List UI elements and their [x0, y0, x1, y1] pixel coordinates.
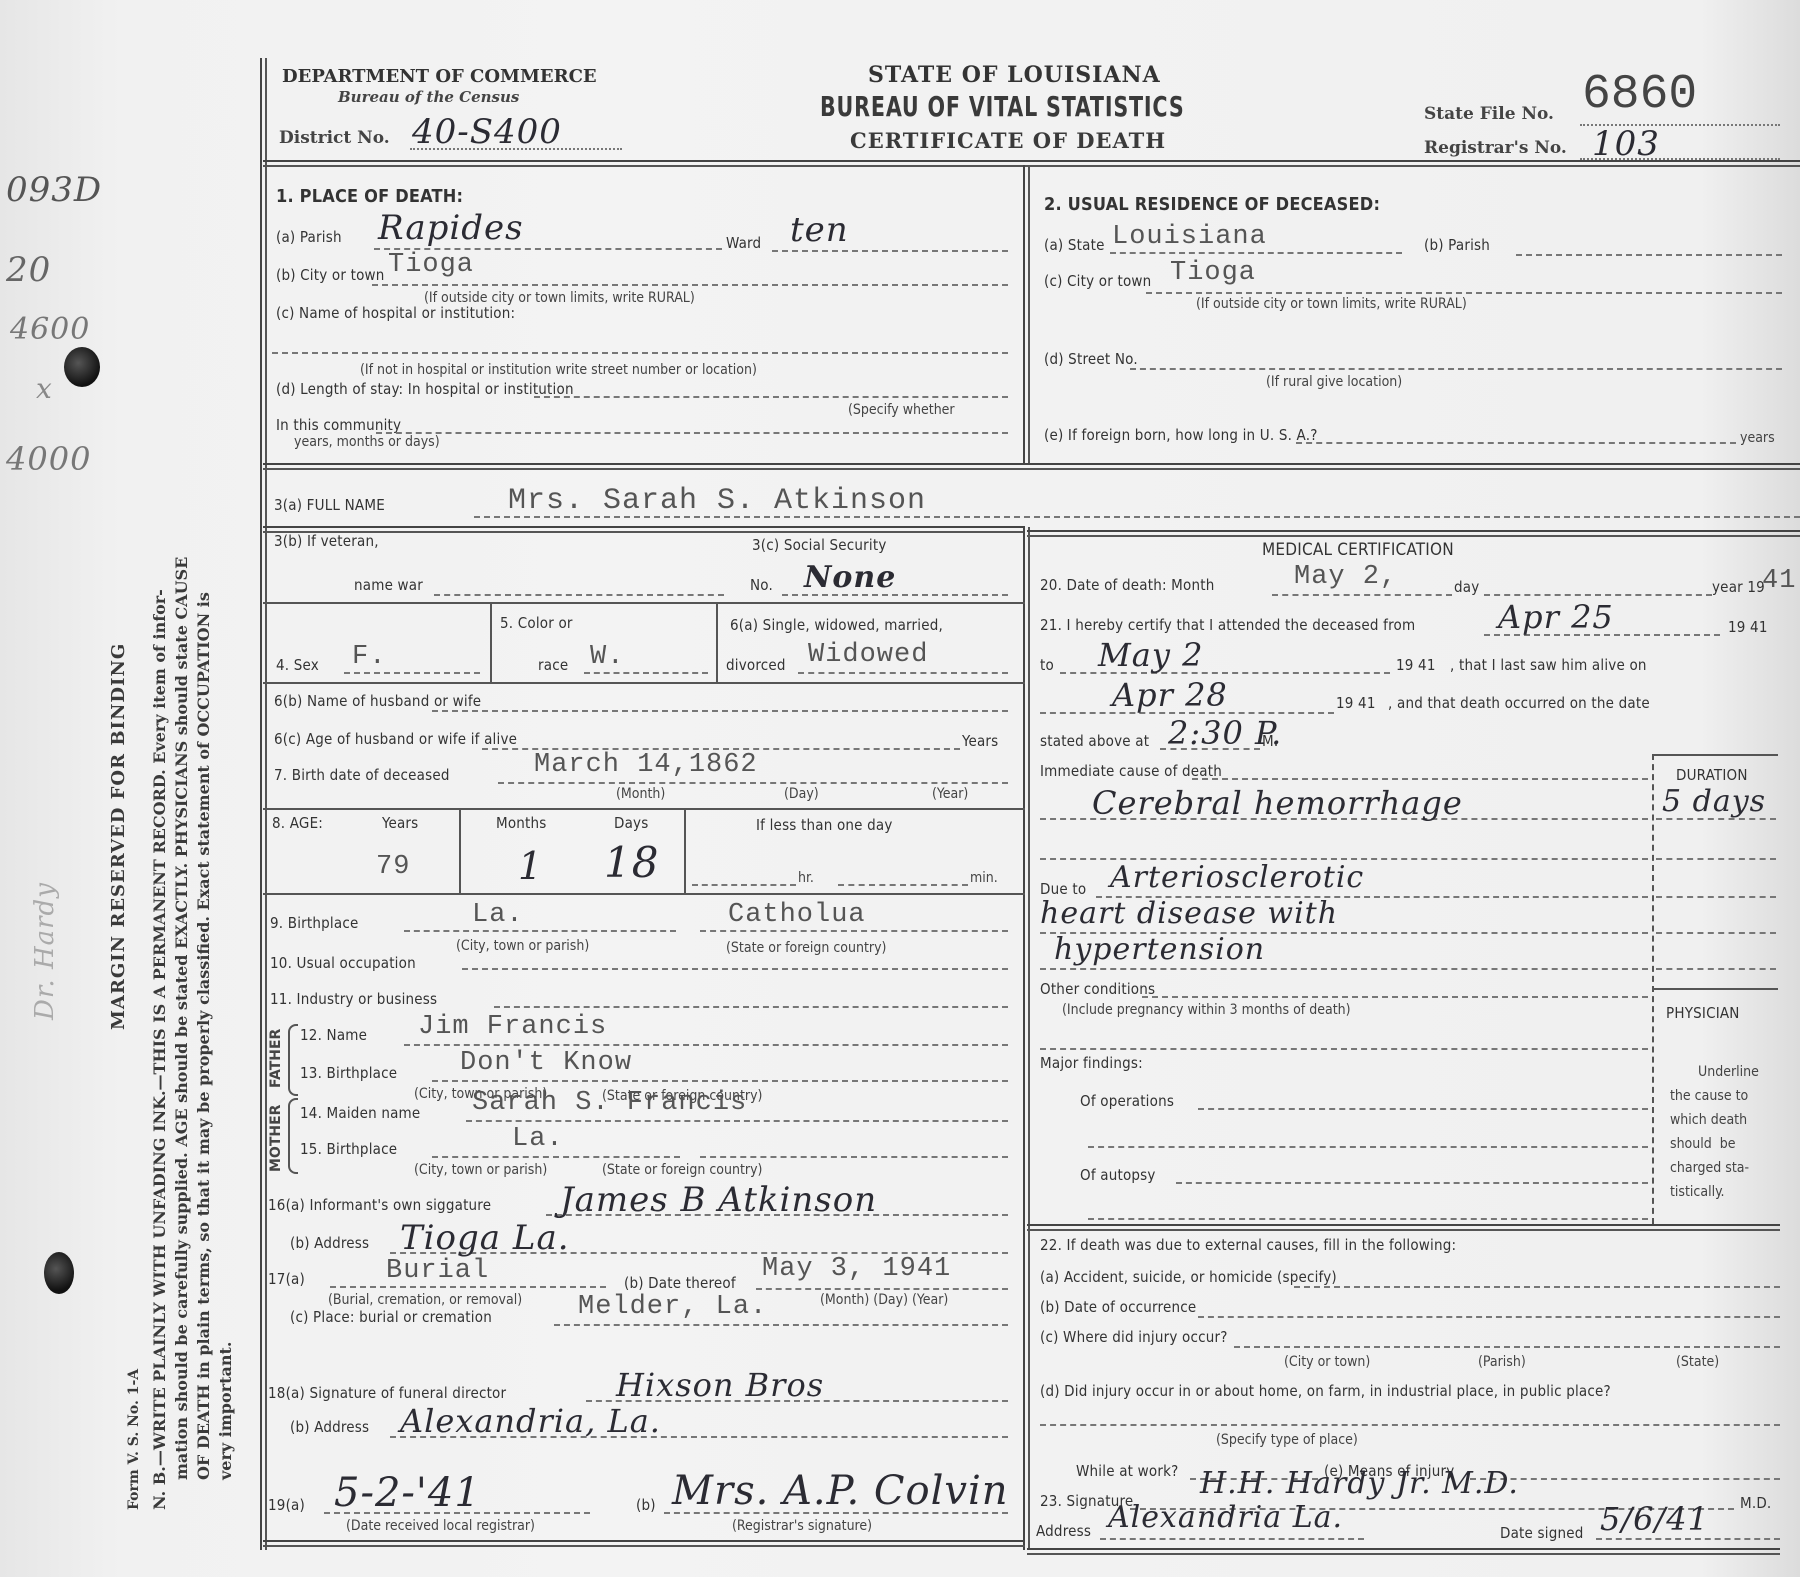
age-years-value: 79 [376, 852, 410, 882]
burial-place-value: Melder, La. [578, 1292, 767, 1322]
header-separator [263, 160, 1800, 167]
age-years-label: Years [382, 814, 418, 832]
age-divider-1 [459, 809, 461, 893]
death-month-line [1272, 594, 1452, 596]
duration-value: 5 days [1662, 784, 1766, 819]
date-signed-line [1596, 1538, 1780, 1540]
mother-birth-city-line [432, 1156, 680, 1158]
res-parish-line [1516, 254, 1782, 256]
margin-note-4: x [36, 372, 53, 405]
occupation-label: 10. Usual occupation [270, 954, 416, 972]
other-note: (Include pregnancy within 3 months of de… [1062, 1002, 1351, 1018]
death-occurred-text: , and that death occurred on the date [1388, 694, 1650, 712]
name-war-line [434, 594, 724, 596]
burial-label: 17(a) [268, 1270, 305, 1288]
community-line [376, 432, 1008, 434]
residence-title: 2. USUAL RESIDENCE OF DECEASED: [1044, 194, 1380, 215]
operations-line [1198, 1108, 1648, 1110]
major-findings-label: Major findings: [1040, 1054, 1143, 1072]
column-divider-main [1023, 527, 1030, 1550]
res-city-line [1146, 292, 1782, 294]
min-line [838, 884, 968, 886]
res-street-line [1130, 368, 1782, 370]
race-label: race [538, 656, 568, 674]
informant-sig-label: 16(a) Informant's own siggature [268, 1196, 491, 1214]
sex-label: 4. Sex [276, 656, 319, 674]
res-years-label: years [1740, 430, 1775, 446]
department-title: DEPARTMENT OF COMMERCE [282, 66, 597, 87]
duration-line-3 [1656, 896, 1776, 898]
operations-label: Of operations [1080, 1092, 1174, 1110]
immediate-line-1 [1192, 778, 1648, 780]
due-to-value-1: Arteriosclerotic [1110, 860, 1364, 895]
external-b-line [1198, 1316, 1780, 1318]
age-label: 8. AGE: [272, 814, 323, 832]
external-d-line [1040, 1424, 1780, 1426]
hospital-line [272, 352, 1008, 354]
duration-line-5 [1656, 968, 1776, 970]
birthplace-city-line [404, 930, 676, 932]
autopsy-label: Of autopsy [1080, 1166, 1156, 1184]
mother-side-label: MOTHER [268, 1105, 284, 1172]
other-conditions-label: Other conditions [1040, 980, 1155, 998]
industry-label: 11. Industry or business [270, 990, 437, 1008]
external-title: 22. If death was due to external causes,… [1040, 1236, 1456, 1254]
other-line-2 [1040, 1048, 1648, 1050]
death-day-label: day [1454, 578, 1479, 596]
age-days-value: 18 [604, 838, 659, 887]
underline-note-2: the cause to [1670, 1088, 1748, 1104]
nb-line-1: N. B.—WRITE PLAINLY WITH UNFADING INK.—T… [150, 589, 169, 1510]
res-state-line [1110, 252, 1402, 254]
mother-maiden-label: 14. Maiden name [300, 1104, 420, 1122]
date-signed-value: 5/6/41 [1600, 1500, 1709, 1538]
punch-hole-top [64, 347, 100, 387]
bp-state-note: (State or foreign country) [726, 940, 886, 956]
district-value: 40-S400 [412, 112, 562, 152]
last-saw-text: , that I last saw him alive on [1450, 656, 1647, 674]
stay-label: (d) Length of stay: In hospital or insti… [276, 380, 574, 398]
nb-line-3: OF DEATH in plain terms, so that it may … [194, 592, 213, 1480]
physician-top [1652, 988, 1778, 990]
received-label: 19(a) [268, 1496, 305, 1514]
death-certificate: 093D 20 4600 x 4000 Dr. Hardy MARGIN RES… [0, 0, 1800, 1577]
margin-note-3: 4600 [10, 312, 90, 347]
due-to-line-3 [1040, 968, 1648, 970]
age-divider-2 [684, 809, 686, 893]
bureau-title: BUREAU OF VITAL STATISTICS [820, 90, 1185, 123]
birthplace-state-line [700, 930, 1008, 932]
place-of-death-title: 1. PLACE OF DEATH: [276, 186, 463, 207]
sex-line [344, 672, 480, 674]
mother-birth-label: 15. Birthplace [300, 1140, 397, 1158]
ward-line [772, 250, 1008, 252]
margin-note-2: 20 [6, 250, 51, 290]
underline-note-1: Underline [1698, 1064, 1759, 1080]
work-label: While at work? [1076, 1462, 1178, 1480]
external-a-label: (a) Accident, suicide, or homicide (spec… [1040, 1268, 1337, 1286]
registrar-number: 103 [1592, 124, 1660, 164]
right-bottom [1027, 1548, 1780, 1555]
hospital-label: (c) Name of hospital or institution: [276, 304, 515, 322]
from-year: 19 41 [1728, 618, 1768, 636]
underline-note-3: which death [1670, 1112, 1747, 1128]
row-7-bottom [263, 808, 1025, 810]
burial-date-line [756, 1288, 1008, 1290]
mb-city-note: (City, town or parish) [414, 1162, 547, 1178]
funeral-addr-value: Alexandria, La. [400, 1402, 661, 1440]
res-state-label: (a) State [1044, 236, 1105, 254]
res-street-note: (If rural give location) [1266, 374, 1402, 390]
father-brace [288, 1024, 298, 1096]
birth-line [498, 782, 1008, 784]
external-c-city: (City or town) [1284, 1354, 1370, 1370]
ss-no-label: No. [750, 576, 773, 594]
age-months-value: 1 [518, 844, 543, 888]
hr-line [692, 884, 796, 886]
duration-line-1 [1656, 818, 1776, 820]
ward-value: ten [790, 210, 849, 250]
last-saw-value: Apr 28 [1112, 676, 1228, 714]
age-days-label: Days [614, 814, 648, 832]
certificate-title: CERTIFICATE OF DEATH [850, 128, 1166, 153]
spouse-name-label: 6(b) Name of husband or wife [274, 692, 481, 710]
due-to-value-3: hypertension [1054, 932, 1265, 967]
date-signed-label: Date signed [1500, 1524, 1584, 1542]
row-3-bottom [263, 602, 1025, 604]
underline-note-5: charged sta- [1670, 1160, 1749, 1176]
birth-day-note: (Day) [784, 786, 819, 802]
external-d-note: (Specify type of place) [1216, 1432, 1358, 1448]
stay-line [534, 396, 1008, 398]
father-birth-label: 13. Birthplace [300, 1064, 397, 1082]
funeral-sig-label: 18(a) Signature of funeral director [268, 1384, 506, 1402]
underline-note-6: tistically. [1670, 1184, 1725, 1200]
full-name-value: Mrs. Sarah S. Atkinson [508, 484, 926, 518]
row-8-bottom [263, 893, 1025, 895]
md-label: M.D. [1740, 1494, 1771, 1512]
district-label: District No. [279, 128, 390, 148]
birth-year-note: (Year) [932, 786, 968, 802]
birth-month-note: (Month) [616, 786, 665, 802]
res-foreign-label: (e) If foreign born, how long in U. S. A… [1044, 426, 1318, 444]
margin-note-faint: Dr. Hardy [30, 882, 60, 1020]
mother-birth-value: La. [512, 1124, 564, 1154]
physician-label: PHYSICIAN [1666, 1004, 1740, 1022]
res-city-label: (c) City or town [1044, 272, 1151, 290]
left-bottom [263, 1540, 1025, 1547]
res-city-note: (If outside city or town limits, write R… [1196, 296, 1467, 312]
last-saw-year: 19 41 [1336, 694, 1376, 712]
race-divider [716, 603, 718, 683]
funeral-sig-value: Hixson Bros [616, 1366, 824, 1404]
informant-sig-value: James B Atkinson [560, 1180, 877, 1220]
burial-place-label: (c) Place: burial or cremation [290, 1308, 492, 1326]
spouse-age-unit: Years [962, 732, 998, 750]
father-side-label: FATHER [268, 1029, 284, 1088]
community-note: years, months or days) [294, 434, 440, 450]
m-label: M. [1262, 732, 1278, 750]
birthplace-state-value: Catholua [728, 900, 866, 930]
res-street-label: (d) Street No. [1044, 350, 1138, 368]
row-4-bottom [263, 682, 1025, 684]
informant-address-value: Tioga La. [400, 1218, 570, 1258]
father-name-value: Jim Francis [418, 1012, 607, 1042]
to-label: to [1040, 656, 1054, 674]
full-name-label: 3(a) FULL NAME [274, 496, 385, 514]
parish-value: Rapides [378, 208, 524, 248]
death-date-label: 20. Date of death: Month [1040, 576, 1214, 594]
informant-address-label: (b) Address [290, 1234, 369, 1252]
spouse-name-line [432, 710, 1008, 712]
occupation-line [462, 968, 1008, 970]
marital-line [798, 672, 1008, 674]
burial-value: Burial [386, 1256, 489, 1286]
marital-label: 6(a) Single, widowed, married, [730, 616, 943, 634]
stated-above-label: stated above at [1040, 732, 1149, 750]
bureau-census: Bureau of the Census [338, 88, 519, 106]
burial-date-label: (b) Date thereof [624, 1274, 736, 1292]
father-birth-line [432, 1080, 1008, 1082]
death-year-label: year 19 [1712, 578, 1765, 596]
father-name-line [404, 1044, 1008, 1046]
medical-bottom [1027, 1224, 1780, 1231]
father-name-label: 12. Name [300, 1026, 367, 1044]
age-months-label: Months [496, 814, 547, 832]
burial-line [330, 1286, 606, 1288]
burial-date-note: (Month) (Day) (Year) [820, 1292, 948, 1308]
form-number: Form V. S. No. 1-A [126, 1369, 142, 1510]
external-c-label: (c) Where did injury occur? [1040, 1328, 1228, 1346]
res-city-value: Tioga [1170, 258, 1256, 288]
operations-line-2 [1088, 1146, 1648, 1148]
external-d-label: (d) Did injury occur in or about home, o… [1040, 1382, 1611, 1400]
death-date-value: May 2, [1294, 562, 1397, 592]
veteran-label: 3(b) If veteran, [274, 532, 379, 550]
section-1-2-bottom [263, 463, 1800, 470]
hospital-note: (If not in hospital or institution write… [360, 362, 757, 378]
from-value: Apr 25 [1498, 598, 1614, 636]
state-file-number: 6860 [1582, 68, 1697, 122]
father-birth-value: Don't Know [460, 1048, 632, 1078]
state-title: STATE OF LOUISIANA [868, 62, 1161, 88]
burial-place-line [554, 1324, 1008, 1326]
mb-state-note: (State or foreign country) [602, 1162, 762, 1178]
death-year-value: 41 [1762, 566, 1796, 596]
received-note: (Date received local registrar) [346, 1518, 535, 1534]
physician-address-label: Address [1036, 1522, 1091, 1540]
birth-label: 7. Birth date of deceased [274, 766, 450, 784]
sex-value: F. [352, 642, 386, 672]
external-c-parish: (Parish) [1478, 1354, 1526, 1370]
duration-label: DURATION [1676, 766, 1748, 784]
registrar-sig-note: (Registrar's signature) [732, 1518, 872, 1534]
name-war-label: name war [354, 576, 423, 594]
city-value: Tioga [388, 250, 474, 280]
divorced-label: divorced [726, 656, 786, 674]
autopsy-line [1176, 1182, 1648, 1184]
binding-margin-text: MARGIN RESERVED FOR BINDING [108, 643, 129, 1030]
funeral-addr-label: (b) Address [290, 1418, 369, 1436]
industry-line [494, 1006, 1008, 1008]
mother-maiden-value: Sarah S. Francis [472, 1088, 747, 1118]
city-label: (b) City or town [276, 266, 385, 284]
duration-line-4 [1656, 932, 1776, 934]
mother-brace [288, 1098, 298, 1174]
duration-line-2 [1656, 858, 1776, 860]
physician-address-value: Alexandria La. [1108, 1500, 1343, 1535]
race-value: W. [590, 642, 624, 672]
burial-date-value: May 3, 1941 [762, 1254, 951, 1284]
other-line [1142, 996, 1648, 998]
birthplace-city-value: La. [472, 900, 524, 930]
to-value: May 2 [1098, 636, 1203, 674]
spouse-age-label: 6(c) Age of husband or wife if alive [274, 730, 517, 748]
color-label: 5. Color or [500, 614, 573, 632]
duration-top [1652, 754, 1778, 756]
res-state-value: Louisiana [1112, 222, 1267, 252]
underline-note-4: should be [1670, 1136, 1735, 1152]
margin-note-1: 093D [6, 170, 102, 210]
burial-note: (Burial, cremation, or removal) [328, 1292, 522, 1308]
birth-value: March 14,1862 [534, 750, 758, 780]
state-file-label: State File No. [1424, 104, 1554, 124]
ward-label: Ward [726, 234, 761, 252]
mother-maiden-line [466, 1120, 1008, 1122]
parish-label: (a) Parish [276, 228, 342, 246]
certify-text: 21. I hereby certify that I attended the… [1040, 616, 1415, 634]
physician-address-line [1100, 1538, 1364, 1540]
res-parish-label: (b) Parish [1424, 236, 1490, 254]
column-divider-top [1023, 165, 1030, 465]
external-b-label: (b) Date of occurrence [1040, 1298, 1196, 1316]
registrar-label: Registrar's No. [1424, 138, 1567, 158]
autopsy-line-2 [1088, 1218, 1648, 1220]
race-line [584, 672, 708, 674]
less-day-label: If less than one day [756, 816, 893, 834]
margin-note-5: 4000 [6, 440, 91, 478]
marital-value: Widowed [808, 640, 928, 670]
received-value: 5-2-'41 [334, 1470, 481, 1516]
medical-title: MEDICAL CERTIFICATION [1262, 540, 1454, 560]
punch-hole-bottom [44, 1252, 74, 1294]
nb-line-2: mation should be carefully supplied. AGE… [172, 557, 191, 1480]
city-line [372, 284, 1008, 286]
ss-label: 3(c) Social Security [752, 536, 887, 554]
form-left-border [260, 58, 267, 1550]
specify-whether: (Specify whether [848, 402, 955, 418]
external-c-state: (State) [1676, 1354, 1719, 1370]
mother-birth-state-line [700, 1156, 1008, 1158]
to-year: 19 41 [1396, 656, 1436, 674]
sex-divider [490, 603, 492, 683]
death-day-line [1484, 594, 1712, 596]
registrar-sig-value: Mrs. A.P. Colvin [672, 1468, 1009, 1514]
bp-city-note: (City, town or parish) [456, 938, 589, 954]
external-a-line [1294, 1286, 1780, 1288]
medical-top [1027, 530, 1800, 537]
signature-value: H.H. Hardy Jr. M.D. [1200, 1466, 1519, 1501]
min-label: min. [970, 870, 998, 886]
immediate-cause-value: Cerebral hemorrhage [1092, 784, 1463, 822]
hr-label: hr. [798, 870, 814, 886]
registrar-b-label: (b) [636, 1496, 656, 1514]
birthplace-label: 9. Birthplace [270, 914, 358, 932]
res-foreign-line [1296, 442, 1736, 444]
due-to-value-2: heart disease with [1040, 896, 1338, 931]
nb-line-4: very important. [216, 1342, 235, 1480]
ss-value: None [804, 560, 896, 595]
external-c-line [1234, 1346, 1780, 1348]
